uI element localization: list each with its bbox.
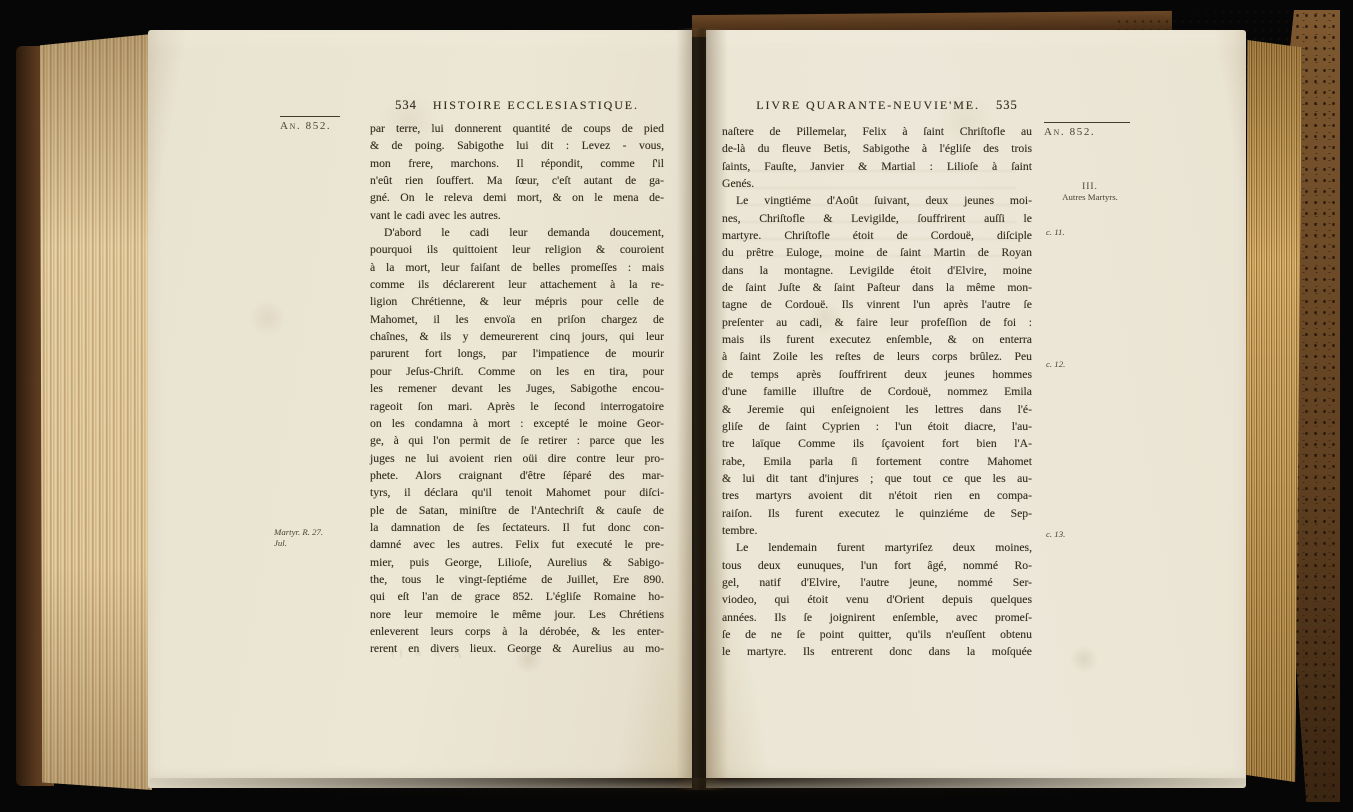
text-line: mon frere, marchons. Il répondit, comme … [370, 155, 664, 172]
text-line: & de poing. Sabigothe lui dit : Levez - … [370, 137, 664, 154]
year-margin-note-right: An. 852. [1044, 122, 1134, 138]
text-line: parurent fort longs, par l'impatience de… [370, 345, 664, 362]
text-line: ſe de ne ſe point quitter, qu'ils n'euſſ… [722, 626, 1032, 643]
text-line: chaînes, & ils y demeurerent cinq jours,… [370, 328, 664, 345]
text-line: le martyre. Ils entrerent donc dans la m… [722, 643, 1032, 660]
body-text-left: par terre, lui donnerent quantité de cou… [370, 120, 664, 658]
text-line: ple de Satan, miniſtre de l'Antechriſt &… [370, 502, 664, 519]
text-line: rageoit ſon mari. Après le ſecond interr… [370, 398, 664, 415]
page-number-left: 534 [395, 98, 417, 113]
text-line: vant le cadi avec les autres. [370, 207, 664, 224]
text-line: à la mort, leur faiſant de belles promeſ… [370, 259, 664, 276]
text-line: raiſon. Ils furent executez le quinziéme… [722, 505, 1032, 522]
text-line: dans la montagne. Levigilde étoit d'Elvi… [722, 262, 1032, 279]
martyrology-margin-note: Martyr. R. 27. Jul. [274, 527, 362, 548]
text-line: la damnation de ſes ſectateurs. Il fut d… [370, 519, 664, 536]
chapter-ref-2: c. 12. [1046, 359, 1065, 370]
text-line: du prêtre Euloge, moine de ſaint Martin … [722, 244, 1032, 261]
page-number-right: 535 [996, 98, 1018, 113]
text-line: Le vingtiéme d'Août ſuivant, deux jeunes… [722, 192, 1032, 209]
text-line: juges ne lui avoient rien oüi dire contr… [370, 450, 664, 467]
text-line: mier, puis George, Lilioſe, Aurelius & S… [370, 554, 664, 571]
ghost-show-through-signature: V v v ij [386, 646, 462, 661]
body-text-right: naſtere de Pillemelar, Felix à ſaint Chr… [722, 123, 1032, 661]
text-line: & lui dit tant d'injures ; que tout ce q… [722, 470, 1032, 487]
text-line: pour Jeſus-Chriſt. Comme on les en tira,… [370, 363, 664, 380]
text-line: D'abord le cadi leur demanda doucement, [370, 224, 664, 241]
text-line: on les condamna à mort : excepté le moin… [370, 415, 664, 432]
section-margin-note: III. Autres Martyrs. [1044, 182, 1136, 202]
chapter-ref-1: c. 11. [1046, 227, 1065, 238]
text-line: les remener devant les Juges, Sabigothe … [370, 380, 664, 397]
text-line: d'une famille illuſtre de Cordouë, nomme… [722, 383, 1032, 400]
chapter-ref-3: c. 13. [1046, 529, 1065, 540]
text-line: comme ils déclarerent leur attachement à… [370, 276, 664, 293]
running-title-right: LIVRE QUARANTE-NEUVIE'ME. [756, 98, 980, 113]
text-line: de temps après ſouffrirent deux jeunes h… [722, 366, 1032, 383]
margin-rule [280, 116, 340, 117]
text-line: de ſaint Juſte & ſaint Paſteur dans la m… [722, 279, 1032, 296]
text-line: tembre. [722, 522, 1032, 539]
text-line: nore leur memoire le même jour. Les Chré… [370, 606, 664, 623]
text-line: Mahomet, il les envoïa en priſon chargez… [370, 311, 664, 328]
margin-rule [1044, 122, 1130, 123]
book-photo: 534 HISTOIRE ECCLESIASTIQUE. An. 852. Ma… [0, 0, 1353, 812]
text-line: martyre. Chriſtofle étoit de Cordouë, di… [722, 227, 1032, 244]
text-line: ſaints, Fauſte, Janvier & Martial : Lili… [722, 158, 1032, 175]
text-line: de-là du fleuve Betis, Sabigothe à l'égl… [722, 140, 1032, 157]
text-line: tous deux eunuques, l'un fort âgé, nommé… [722, 557, 1032, 574]
text-line: damné avec les autres. Felix fut executé… [370, 536, 664, 553]
text-line: tagne de Cordouë. Ils vinrent l'un après… [722, 296, 1032, 313]
text-line: n'eût rien ſouffert. Ma ſœur, c'eſt auta… [370, 172, 664, 189]
text-line: tre laïque Comme ils ſçavoient fort bien… [722, 435, 1032, 452]
text-line: Le lendemain furent martyriſez deux moin… [722, 539, 1032, 556]
text-line: preſenter au cadi, & faire leur profeſſi… [722, 314, 1032, 331]
text-line: & Jeremie qui enſeignoient les lettres d… [722, 401, 1032, 418]
text-line: à ſaint Zoile les reſtes de leurs corps … [722, 348, 1032, 365]
text-line: gné. On le releva demi mort, & on le men… [370, 189, 664, 206]
text-line: années. Ils ſe joignirent enſemble, avec… [722, 609, 1032, 626]
text-line: par terre, lui donnerent quantité de cou… [370, 120, 664, 137]
text-line: ge, à qui l'on permit de ſe retirer : pa… [370, 432, 664, 449]
text-line: enleverent leurs corps à la dérobée, & l… [370, 623, 664, 640]
text-line: rabe, Emila parla ſi fortement contre Ma… [722, 453, 1032, 470]
right-page-header: LIVRE QUARANTE-NEUVIE'ME. 535 [722, 98, 1052, 113]
text-line: Genés. [722, 175, 1032, 192]
text-line: viodeo, qui étoit venu d'Orient depuis q… [722, 591, 1032, 608]
text-line: tres martyrs avoient dit n'étoit rien en… [722, 487, 1032, 504]
right-page: LIVRE QUARANTE-NEUVIE'ME. 535 An. 852. I… [706, 30, 1246, 788]
gutter-shadow [676, 28, 728, 790]
text-line: qui eſt l'an de grace 852. L'égliſe Roma… [370, 588, 664, 605]
text-line: mais ils furent executez enſemble, & on … [722, 331, 1032, 348]
text-line: ligion Chrétienne, & leur mépris pour ce… [370, 293, 664, 310]
running-title-left: HISTOIRE ECCLESIASTIQUE. [433, 98, 639, 113]
text-line: gel, natif d'Elvire, l'autre jeune, nomm… [722, 574, 1032, 591]
year-margin-note-left: An. 852. [280, 116, 344, 132]
text-line: gliſe de ſaint Cyprien : l'un étoit diac… [722, 418, 1032, 435]
gilt-edge-page-stack-right [1244, 40, 1302, 782]
left-page-header: 534 HISTOIRE ECCLESIASTIQUE. [370, 98, 664, 113]
text-line: naſtere de Pillemelar, Felix à ſaint Chr… [722, 123, 1032, 140]
text-line: pourquoi ils quittoient leur religion & … [370, 241, 664, 258]
left-page: 534 HISTOIRE ECCLESIASTIQUE. An. 852. Ma… [148, 30, 692, 788]
text-line: nes, Chriſtofle & Levigilde, ſouffrirent… [722, 210, 1032, 227]
text-line: tyrs, il déclara qu'il tenoit Mahomet po… [370, 484, 664, 501]
text-line: the, tous le vingt-ſeptiéme de Juillet, … [370, 571, 664, 588]
fore-edge-page-stack-left [40, 34, 152, 790]
text-line: phete. Alors craignant d'être ſéparé des… [370, 467, 664, 484]
